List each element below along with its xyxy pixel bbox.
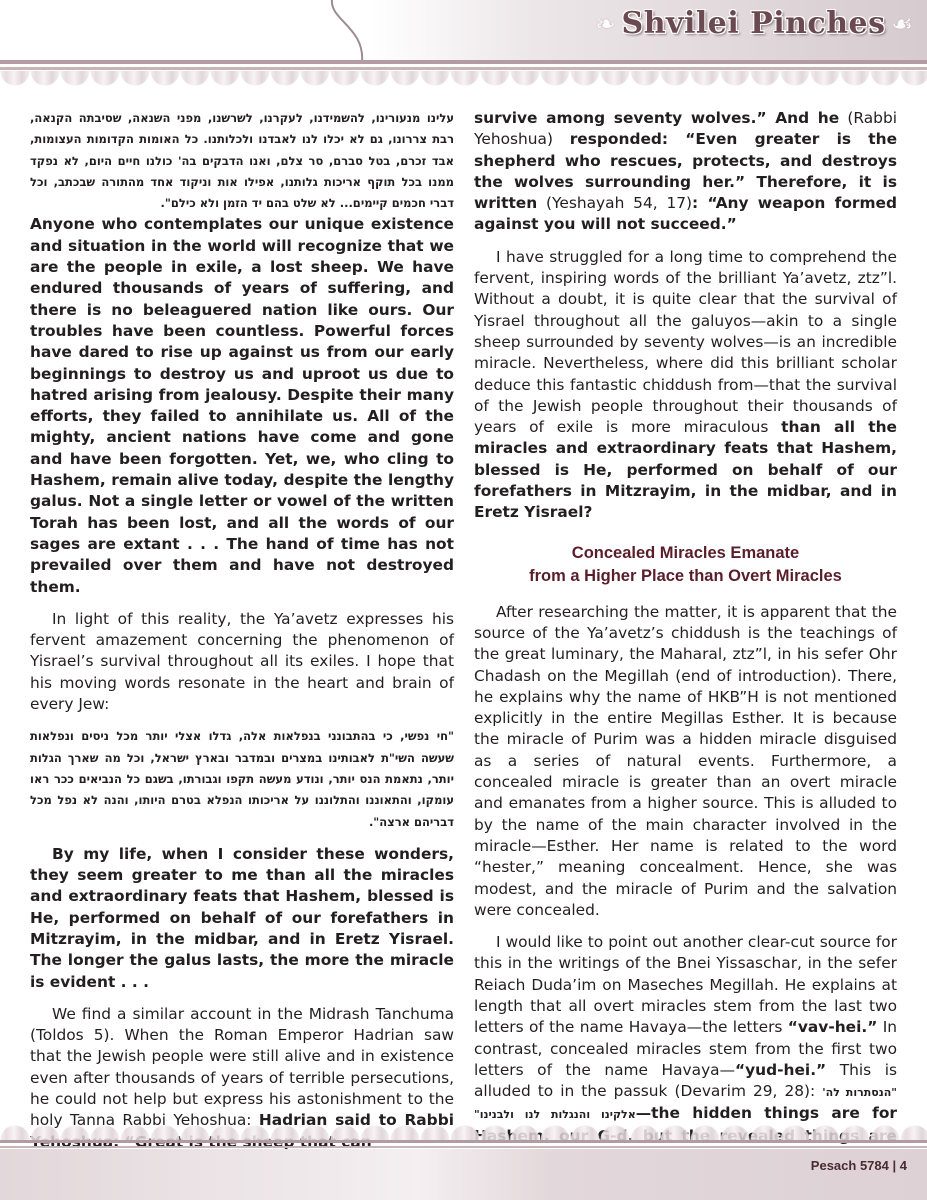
folio: Pesach 5784 | 4: [811, 1158, 907, 1173]
left-column: עלינו מנעורינו, להשמידנו, לעקרנו, לשרשנו…: [30, 108, 454, 1164]
struggle-text: I have struggled for a long time to comp…: [474, 248, 897, 436]
publication-title: Shvilei Pinches: [622, 6, 886, 41]
masthead: ❧ Shvilei Pinches ☙: [595, 6, 913, 41]
english-translation-2: By my life, when I consider these wonder…: [30, 844, 454, 993]
lace-border-top: [0, 71, 927, 93]
footer-band: [0, 1149, 927, 1200]
header-rule-thin: [0, 67, 927, 70]
footer-rule: [0, 1140, 927, 1143]
right-column: survive among seventy wolves.” And he (R…: [474, 108, 897, 1179]
section-heading-line-1: Concealed Miracles Emanate: [474, 542, 897, 565]
header-curve-decoration: [320, 0, 400, 62]
yud-hei: “yud-hei.”: [735, 1061, 826, 1079]
folio-separator: |: [893, 1158, 897, 1173]
verse-reference: (Yeshayah 54, 17): [537, 194, 692, 212]
english-translation-1: Anyone who contemplates our unique exist…: [30, 215, 454, 595]
hebrew-quote-1: עלינו מנעורינו, להשמידנו, לעקרנו, לשרשנו…: [30, 108, 454, 214]
paragraph-intro: עלינו מנעורינו, להשמידנו, לעקרנו, לשרשנו…: [30, 108, 454, 598]
footer-rule-thin: [0, 1146, 927, 1148]
scroll-ornament-right-icon: ☙: [891, 10, 913, 38]
issue-label: Pesach 5784: [811, 1158, 889, 1173]
paragraph-yaavetz: In light of this reality, the Ya’avetz e…: [30, 609, 454, 715]
hebrew-quote-2: "חי נפשי, כי בהתבונני בנפלאות אלה, גדלו …: [30, 726, 454, 832]
page-footer: Pesach 5784 | 4: [0, 1140, 927, 1200]
lace-border-bottom: [0, 1118, 927, 1140]
paragraph-struggle: I have struggled for a long time to comp…: [474, 247, 897, 524]
page-number: 4: [900, 1158, 907, 1173]
vav-hei: “vav-hei.”: [788, 1018, 878, 1036]
quote-part-a: survive among seventy wolves.” And he: [474, 109, 839, 127]
scroll-ornament-left-icon: ❧: [595, 10, 615, 38]
paragraph-maharal: After researching the matter, it is appa…: [474, 602, 897, 921]
section-heading-line-2: from a Higher Place than Overt Miracles: [474, 565, 897, 588]
section-heading: Concealed Miracles Emanate from a Higher…: [474, 542, 897, 588]
paragraph-continuation: survive among seventy wolves.” And he (R…: [474, 108, 897, 236]
header-rule: [0, 60, 927, 64]
